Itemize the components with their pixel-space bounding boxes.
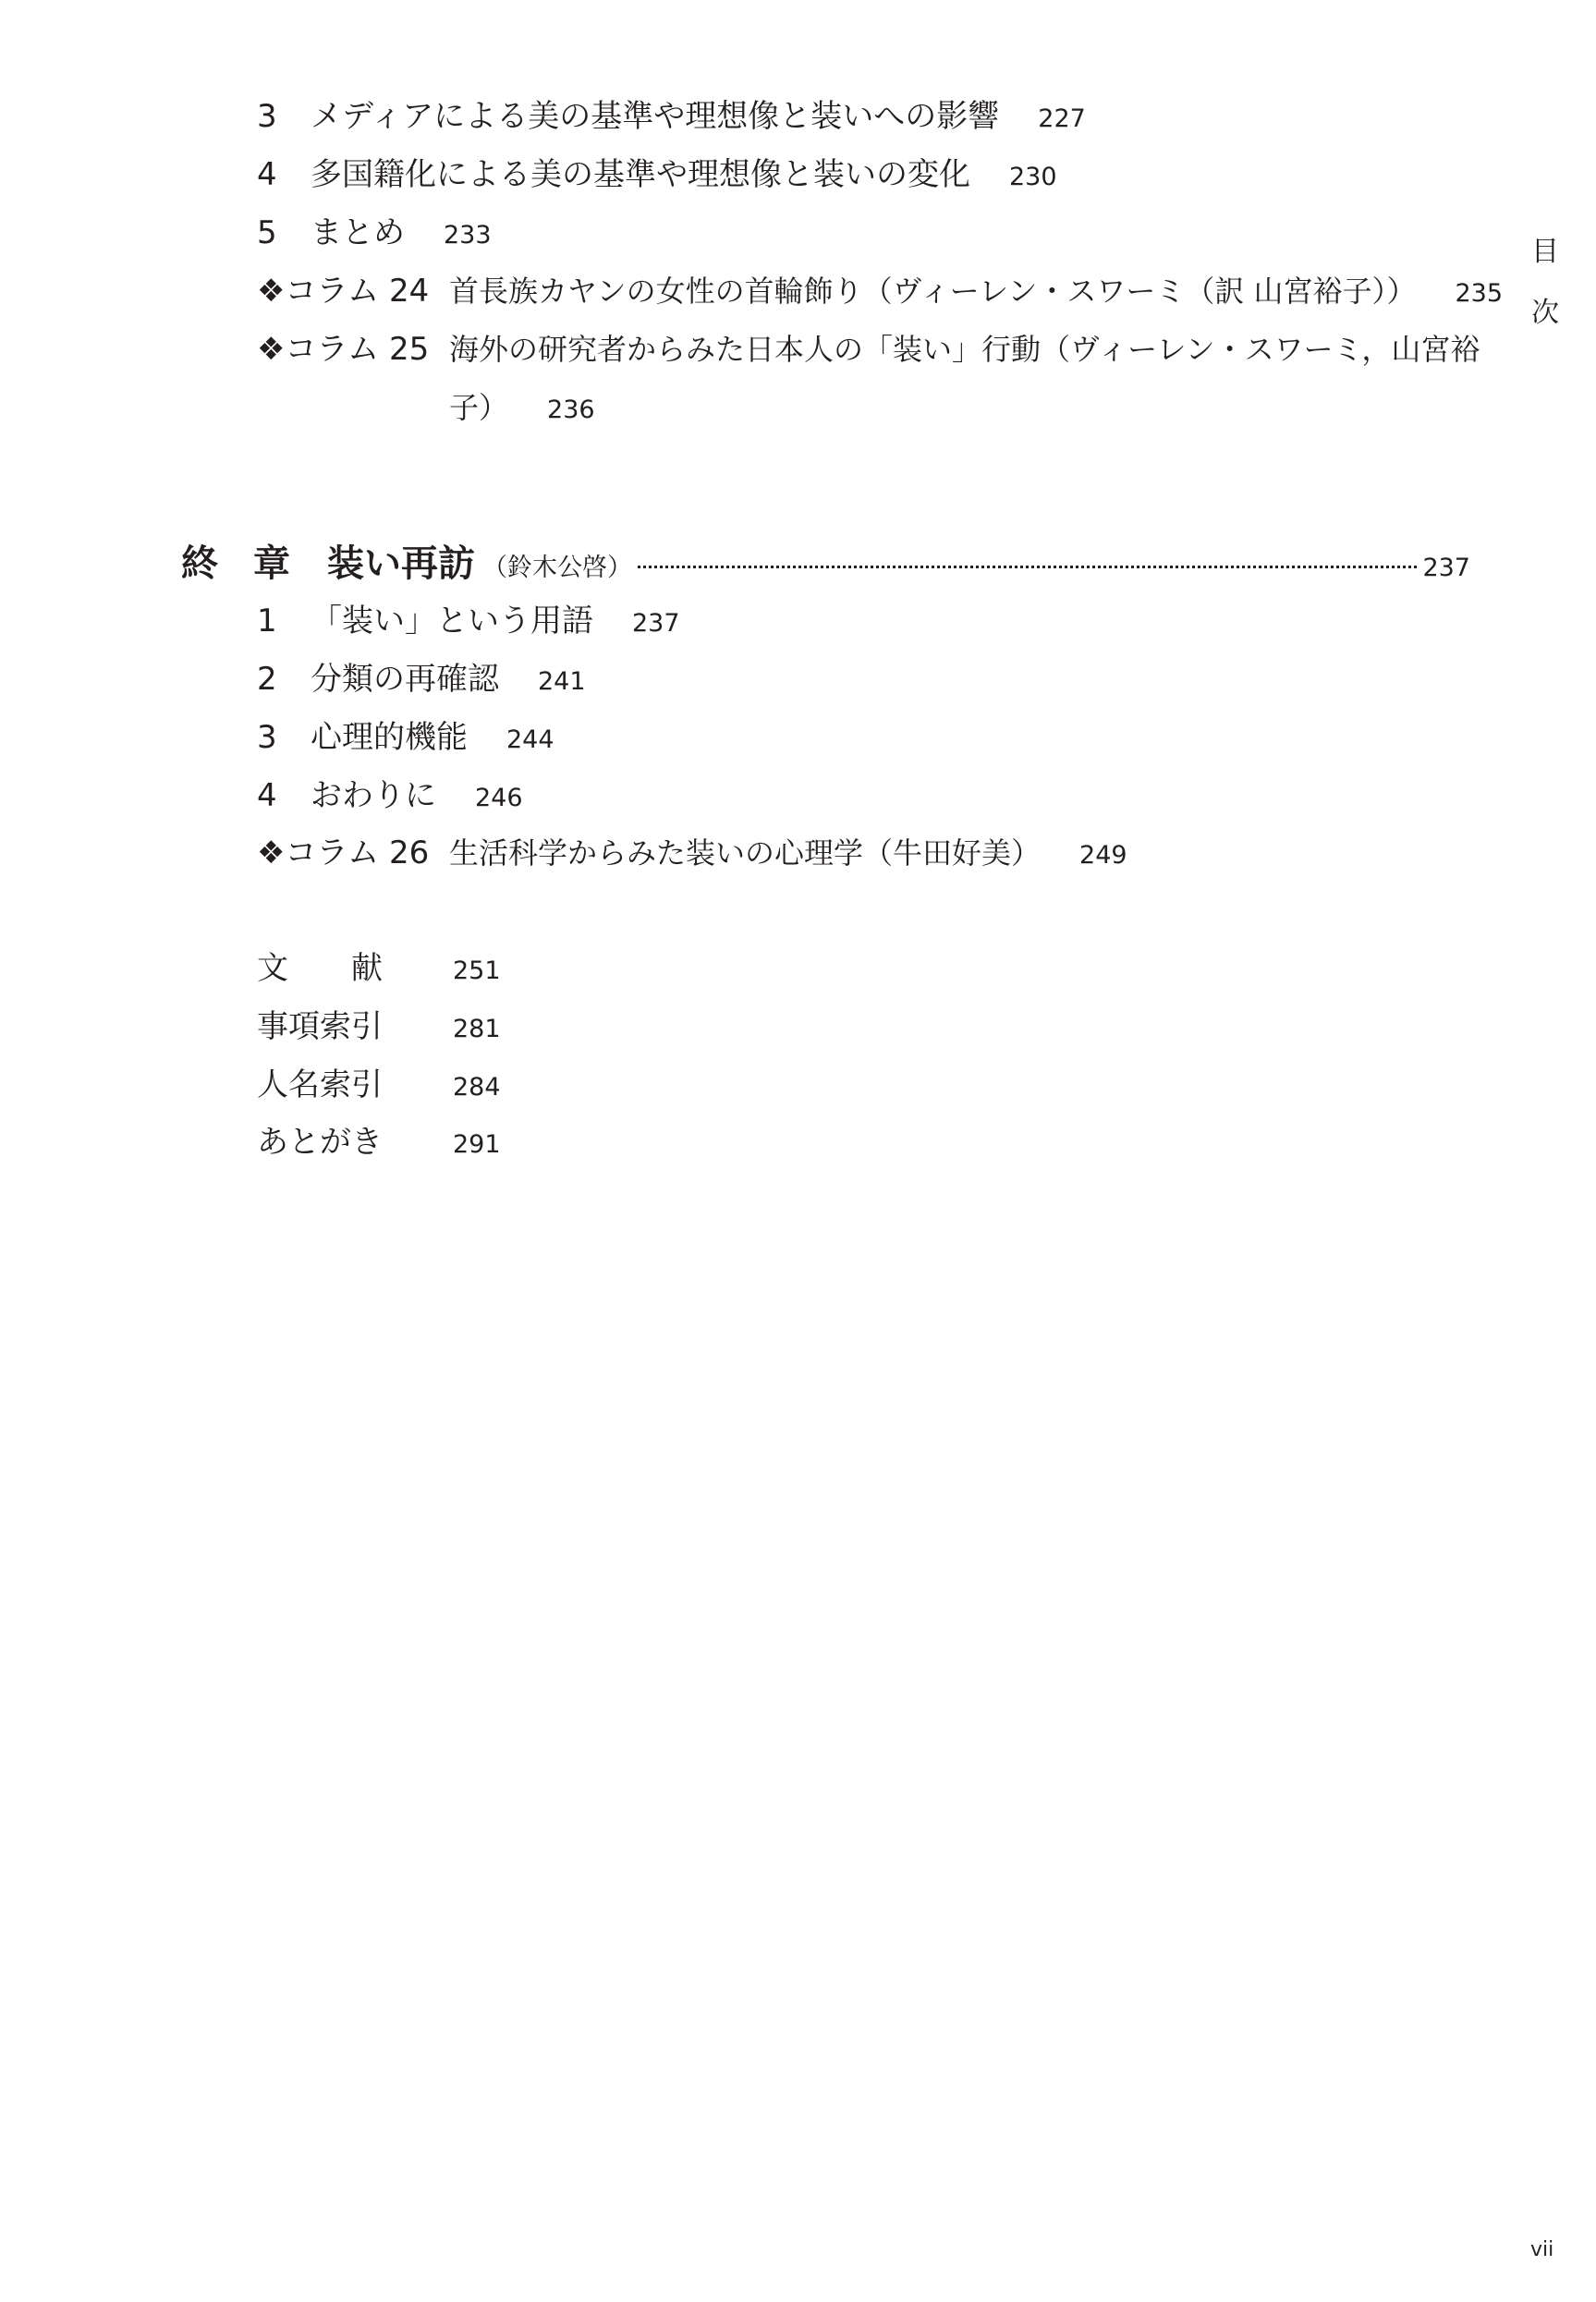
column-label: ❖コラム 24 — [257, 273, 449, 310]
page-number: 281 — [453, 1015, 501, 1043]
chapter-label-char: 章 — [253, 542, 290, 585]
toc-subject-index[interactable]: 事項索引281 — [257, 1008, 501, 1048]
chapter-label-char: 終 — [181, 542, 218, 585]
page-number: 241 — [538, 667, 586, 696]
page-number: 249 — [1079, 841, 1127, 870]
section-number: 5 — [257, 214, 311, 251]
toc-column-25-continued[interactable]: 子）236 — [449, 389, 595, 429]
section-title: 心理的機能 — [311, 719, 468, 756]
page-number: 246 — [475, 784, 523, 812]
section-title: 「装い」という用語 — [311, 603, 593, 639]
page-number: 227 — [1038, 104, 1086, 133]
section-number: 4 — [257, 156, 311, 193]
page-number: 251 — [453, 956, 501, 985]
toc-column-25[interactable]: ❖コラム 25海外の研究者からみた日本人の「装い」行動（ヴィーレン・スワーミ，山… — [257, 331, 1480, 368]
back-matter-label: あとがき — [257, 1124, 453, 1161]
toc-final-section-4[interactable]: 4おわりに246 — [257, 777, 523, 817]
section-title: 分類の再確認 — [311, 661, 499, 698]
section-number: 4 — [257, 777, 311, 814]
column-title: 生活科学からみた装いの心理学（牛田好美） — [449, 835, 1041, 871]
section-number: 2 — [257, 661, 311, 698]
back-matter-label: 文 献 — [257, 950, 453, 987]
section-title: メディアによる美の基準や理想像と装いへの影響 — [311, 98, 999, 135]
toc-section-4[interactable]: 4多国籍化による美の基準や理想像と装いの変化230 — [257, 156, 1057, 196]
page-number: 236 — [547, 396, 595, 424]
column-title: 首長族カヤンの女性の首輪飾り（ヴィーレン・スワーミ（訳 山宮裕子）） — [449, 274, 1417, 309]
section-number: 3 — [257, 719, 311, 756]
page-number: 235 — [1456, 279, 1504, 308]
chapter-title: 装い再訪 — [327, 534, 475, 587]
toc-final-section-3[interactable]: 3心理的機能244 — [257, 719, 554, 759]
toc-references[interactable]: 文 献251 — [257, 950, 501, 990]
section-title: まとめ — [311, 214, 405, 251]
toc-section-3[interactable]: 3メディアによる美の基準や理想像と装いへの影響227 — [257, 98, 1086, 138]
chapter-label: 終章 — [181, 534, 290, 587]
column-label: ❖コラム 25 — [257, 331, 449, 368]
section-title: 多国籍化による美の基準や理想像と装いの変化 — [311, 156, 970, 193]
page-number: 237 — [632, 609, 680, 638]
section-number: 3 — [257, 98, 311, 135]
page-folio: vii — [1530, 2238, 1553, 2261]
chapter-author: （鈴木公啓） — [482, 547, 632, 583]
page-number: 291 — [453, 1130, 501, 1159]
back-matter-label: 人名索引 — [257, 1066, 453, 1103]
toc-column-24[interactable]: ❖コラム 24首長族カヤンの女性の首輪飾り（ヴィーレン・スワーミ（訳 山宮裕子）… — [257, 273, 1503, 312]
chapter-heading-final[interactable]: 終章 装い再訪 （鈴木公啓） 237 — [181, 534, 1470, 587]
toc-final-section-2[interactable]: 2分類の再確認241 — [257, 661, 586, 700]
column-title-continued: 子） — [449, 390, 508, 425]
toc-final-section-1[interactable]: 1「装い」という用語237 — [257, 603, 680, 642]
column-label: ❖コラム 26 — [257, 834, 449, 871]
section-title: おわりに — [311, 777, 436, 814]
toc-name-index[interactable]: 人名索引284 — [257, 1066, 501, 1106]
page-number: 233 — [444, 221, 492, 250]
back-matter-label: 事項索引 — [257, 1008, 453, 1045]
running-header-vertical: 目 次 — [1527, 222, 1564, 344]
page-number: 230 — [1009, 163, 1057, 191]
section-number: 1 — [257, 603, 311, 639]
page-number: 284 — [453, 1073, 501, 1102]
column-title: 海外の研究者からみた日本人の「装い」行動（ヴィーレン・スワーミ，山宮裕 — [449, 332, 1480, 367]
chapter-page-number: 237 — [1422, 554, 1470, 582]
toc-section-5[interactable]: 5まとめ233 — [257, 214, 492, 254]
page-number: 244 — [506, 725, 554, 754]
running-header-char: 次 — [1527, 283, 1564, 344]
running-header-char: 目 — [1527, 222, 1564, 283]
toc-column-26[interactable]: ❖コラム 26生活科学からみた装いの心理学（牛田好美）249 — [257, 834, 1127, 874]
dot-leader — [638, 566, 1417, 568]
toc-afterword[interactable]: あとがき291 — [257, 1124, 501, 1163]
